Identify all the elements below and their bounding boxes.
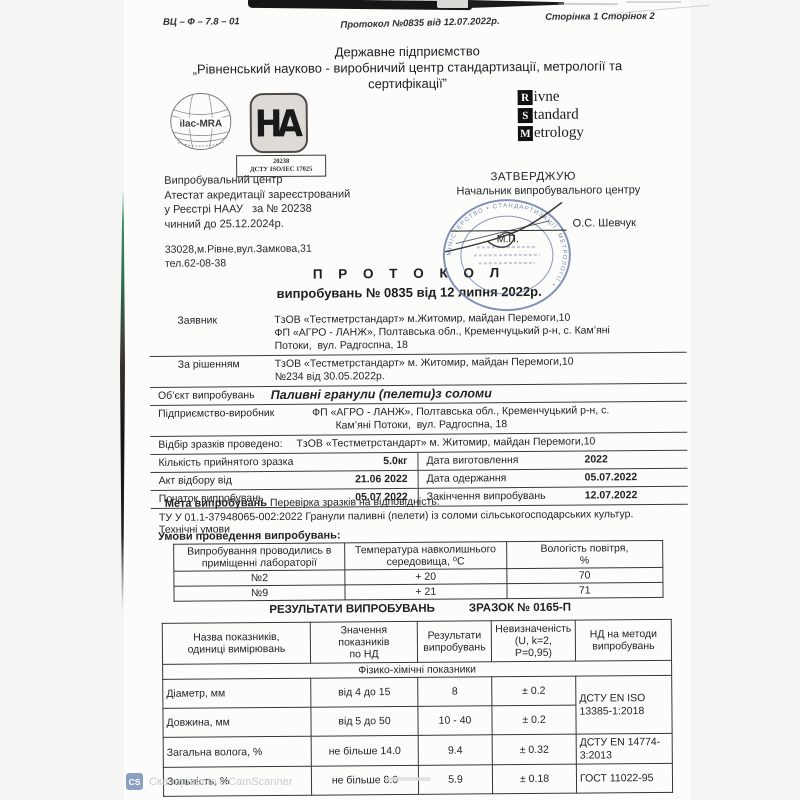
conditions-header-row: Випробування проводились в приміщенні ла… [174,540,663,571]
ilac-mra-logo: ilac-MRA [168,91,234,152]
organization-title: Державне підприємство „Рівненський науко… [137,42,677,94]
temperature: + 21 [345,584,506,600]
column-header: Невизначеність (U, k=2, P=0,95) [491,620,575,662]
pair-label: Дата одержання [427,472,585,486]
pair-right: Дата виготовлення 2022 [418,451,687,470]
pair-left: Акт відбору від 21.06 2022 [151,471,419,490]
naau-logo: НА [250,93,308,153]
temperature: + 20 [345,569,506,585]
rsm-initial-box: S [518,108,533,123]
naau-monogram: НА [255,101,304,145]
scanned-protocol-page: ВЦ – Ф – 7.8 – 01 Протокол №0835 від 12.… [0,0,800,800]
rsm-initial-box: R [518,90,533,105]
rsm-line: R ivne [518,89,584,107]
pair-value: 2022 [584,453,607,466]
column-header: Значення показників по НД [310,621,417,663]
pair-left: Кількість прийнятого зразка 5.0кг [150,453,418,472]
pair-label: Кількість прийнятого зразка [158,456,293,470]
rsm-line: S tandard [518,107,584,125]
form-code: ВЦ – Ф – 7.8 – 01 [163,16,240,28]
purpose-intro: Перевірка зразків на відповідність: [270,496,440,509]
camscanner-icon: CS [126,773,143,790]
row-label: Підприємство-виробник [150,407,312,421]
purpose-label: Мета випробувань [165,497,267,510]
uncertainty-value: ± 0.2 [492,676,576,706]
conditions-title: Умови проведення випробувань: [158,529,341,542]
method-standard: ДСТУ EN ISO 13385-1:2018 [576,675,672,734]
indicator-name: Діаметр, мм [163,678,311,708]
uncertainty-value: ± 0.18 [492,764,576,794]
row-label: Об’єкт випробувань [150,389,255,403]
row-label: Заявник [149,314,274,328]
result-value: 9.4 [418,735,492,766]
pair-label: Дата виготовлення [426,454,584,468]
protocol-details: Заявник ТзОВ «Тестметрстандарт» м.Житоми… [149,309,688,509]
results-title: РЕЗУЛЬТАТИ ВИПРОБУВАНЬ [269,603,435,616]
rsm-line: M etrology [518,125,584,143]
uncertainty-value: ± 0.2 [492,705,576,735]
row-value: ТзОВ «Тестметрстандарт» м. Житомир, майд… [296,435,595,450]
indicator-name: Загальна волога, % [163,736,311,767]
detail-row-manufacturer: Підприємство-виробник ФП «АГРО - ЛАНЖ», … [150,402,687,437]
result-row-diameter: Діаметр, мм від 4 до 15 8 ± 0.2 ДСТУ EN … [163,675,672,708]
method-standard: ГОСТ 11022-95 [576,763,672,793]
row-label: За рішенням [150,358,275,372]
page-info: Сторінка 1 Сторінок 2 [530,11,670,23]
protocol-subtitle: випробувань № 0835 від 12 липня 2022р. [139,283,679,302]
accreditation-info: Випробувальний центр Атестат акредитації… [164,172,350,231]
results-table: Назва показників, одиниці вимірювань Зна… [162,619,673,797]
ilac-mra-label: ilac-MRA [179,118,222,129]
pair-label: Акт відбору від [159,474,232,488]
sample-number: ЗРАЗОК № 0165-П [469,602,571,615]
scan-smudge-artifact [385,777,431,781]
results-header-row: Назва показників, одиниці вимірювань Зна… [162,619,671,664]
column-header: Вологість повітря, % [506,540,663,568]
document-content: ВЦ – Ф – 7.8 – 01 Протокол №0835 від 12.… [0,0,800,800]
protocol-title: П Р О Т О К О Л [139,264,679,283]
norm-value: не більше 14.0 [311,735,418,766]
protocol-reference: Протокол №0835 від 12.07.2022р. [315,15,525,31]
rsm-word: tandard [534,107,579,124]
camscanner-text: Сканировано с CamScanner [149,776,292,788]
row-value: ТзОВ «Тестметрстандарт» м. Житомир, майд… [275,355,687,384]
result-row-moisture: Загальна волога, % не більше 14.0 9.4 ± … [163,733,672,767]
row-value: ФП «АГРО - ЛАНЖ», Полтавська обл., Креме… [312,404,687,433]
test-object-value: Паливні гранули (пелети)з соломи [271,387,492,402]
column-header: НД на методи випробувань [575,619,671,661]
detail-row-decision: За рішенням ТзОВ «Тестметрстандарт» м. Ж… [150,353,687,388]
column-header: Результати випробувань [417,621,491,663]
method-standard: ДСТУ EN 14774-3:2013 [576,733,672,764]
column-header: Назва показників, одиниці вимірювань [162,622,310,664]
round-stamp: МІНІСТЕРСТВО • СТАНДАРТИЗАЦІЇ, МЕТРОЛОГІ… [431,191,582,320]
indicator-name: Довжина, мм [163,707,311,737]
seal-place-note: М.П. [497,233,519,245]
results-heading: РЕЗУЛЬТАТИ ВИПРОБУВАНЬ ЗРАЗОК № 0165-П [152,601,689,617]
row-label: Відбір зразків проведено: [150,438,282,452]
column-header: Випробування проводились в приміщенні ла… [174,543,345,571]
column-header: Температура навколишнього середовища, ⁰С [345,542,507,570]
conditions-table: Випробування проводились в приміщенні ла… [173,540,663,602]
pair-value: 5.0кг [383,455,407,468]
pair-value: 05.07.2022 [585,471,638,484]
rsm-logo: R ivne S tandard M etrology [518,89,584,144]
approve-label: ЗАТВЕРДЖУЮ [453,170,613,183]
lab-room: №2 [174,570,345,586]
result-value: 10 - 40 [418,706,492,736]
humidity: 70 [506,567,663,583]
conditions-row: №9 + 21 71 [174,582,663,601]
uncertainty-value: ± 0.32 [492,734,576,765]
pair-value: 21.06 2022 [355,473,408,486]
pair-right: Дата одержання 05.07.2022 [419,469,688,488]
detail-row-applicant: Заявник ТзОВ «Тестметрстандарт» м.Житоми… [149,309,686,357]
norm-value: від 5 до 50 [311,706,418,736]
result-value: 8 [418,677,492,707]
rsm-word: ivne [534,89,560,106]
rsm-initial-box: M [518,126,533,141]
camscanner-watermark: CS Сканировано с CamScanner [126,773,292,790]
rsm-word: etrology [534,125,584,142]
norm-value: від 4 до 15 [311,677,418,707]
humidity: 71 [506,582,663,598]
lab-room: №9 [174,585,345,601]
approver-name: О.С. Шевчук [573,217,636,229]
